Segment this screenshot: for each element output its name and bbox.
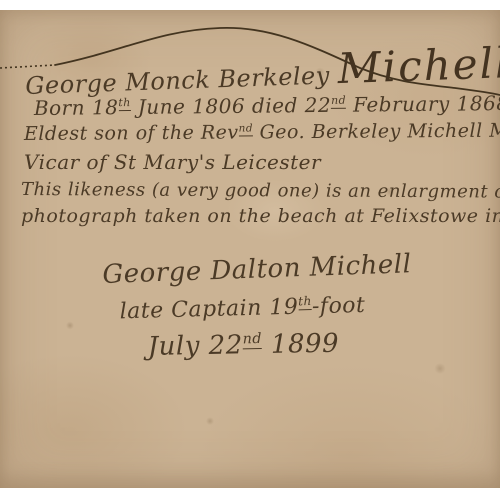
writer-name-text: George Dalton Michell bbox=[102, 249, 412, 290]
parentage-text: Geo. Berkeley Michell M.A. bbox=[253, 119, 500, 143]
inscription-line-parentage: Eldest son of the Revnd Geo. Berkeley Mi… bbox=[24, 119, 500, 145]
ordinal-superscript: th bbox=[298, 294, 312, 310]
writer-title-text: -foot bbox=[312, 293, 366, 319]
inscription-page-photo: George Monck Berkeley Michell Born 18th … bbox=[0, 10, 500, 488]
ordinal-superscript: th bbox=[118, 96, 131, 111]
inscription-line-likeness: This likeness (a very good one) is an en… bbox=[21, 179, 500, 203]
ordinal-superscript: nd bbox=[331, 94, 346, 109]
inscription-line-written-date: July 22nd 1899 bbox=[147, 329, 339, 362]
parentage-text: Eldest son of the Rev bbox=[24, 122, 239, 145]
birth-death-text: June 1806 died 22 bbox=[131, 93, 331, 119]
inscription-line-writer-title: late Captain 19th-foot bbox=[119, 293, 365, 325]
written-date-text: July 22 bbox=[147, 330, 243, 362]
inscription-line-dates: Born 18th June 1806 died 22nd February 1… bbox=[34, 91, 500, 120]
photo-frame: George Monck Berkeley Michell Born 18th … bbox=[0, 0, 500, 500]
written-date-text: 1899 bbox=[262, 329, 339, 360]
inscription-line-photograph: photograph taken on the beach at Felixst… bbox=[21, 205, 500, 227]
birth-death-text: Born 18 bbox=[34, 95, 119, 120]
ordinal-superscript: nd bbox=[243, 331, 263, 349]
photograph-text: photograph taken on the beach at Felixst… bbox=[21, 205, 500, 227]
surname-signature-text: Michell bbox=[337, 38, 500, 93]
inscription-line-writer-name: George Dalton Michell bbox=[102, 249, 412, 290]
ordinal-superscript: nd bbox=[239, 122, 254, 136]
inscription-line-vicar: Vicar of St Mary's Leicester bbox=[24, 150, 321, 174]
writer-title-text: late Captain 19 bbox=[119, 295, 298, 325]
vicar-text: Vicar of St Mary's Leicester bbox=[24, 150, 321, 174]
birth-death-text: February 1868 bbox=[346, 91, 500, 117]
likeness-text: This likeness (a very good one) is an en… bbox=[21, 179, 500, 203]
